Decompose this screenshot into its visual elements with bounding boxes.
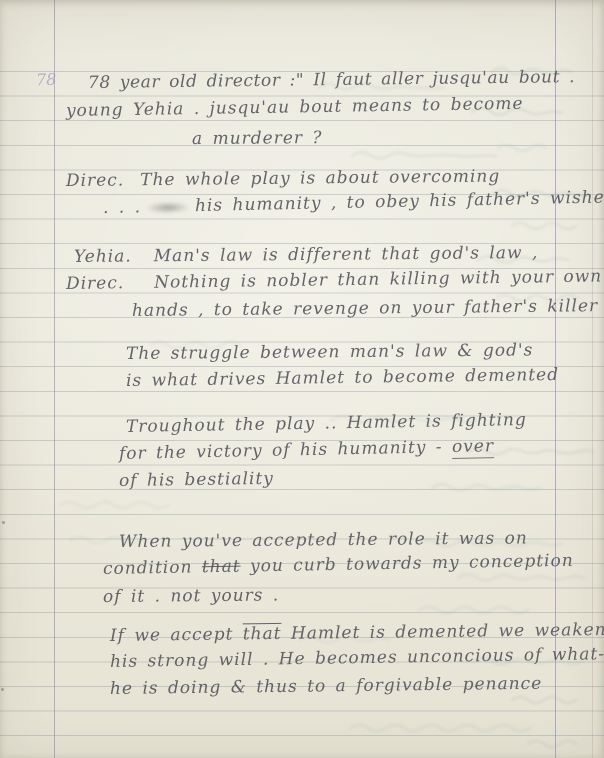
speaker-label: Direc. — [66, 272, 124, 295]
handwritten-line: Direc.The whole play is about overcoming — [66, 165, 500, 192]
paper-speck — [1, 688, 4, 691]
struck-word: that — [202, 557, 241, 578]
line-text: If we accept — [110, 624, 243, 646]
line-text: When you've accepted the role it was on — [119, 528, 528, 552]
erased-smudge — [146, 201, 190, 214]
handwritten-line: of it . not yours . — [103, 584, 279, 608]
handwritten-line: of his bestiality — [119, 468, 274, 492]
handwritten-line: The struggle between man's law & god's — [126, 339, 534, 365]
line-text: The whole play is about overcoming — [140, 166, 500, 190]
underlined-word: over — [452, 436, 494, 459]
line-text: of it . not yours . — [103, 585, 279, 607]
handwritten-line: a murderer ? — [192, 127, 323, 150]
line-text: condition — [103, 557, 202, 579]
line-text: hands , to take revenge on your father's… — [132, 296, 604, 321]
line-text: Man's law is different that god's law , — [154, 243, 539, 266]
speaker-label: Yehia. — [74, 245, 132, 268]
line-text: of his bestiality — [119, 469, 274, 491]
line-text: Hamlet is demented we weaken — [281, 620, 604, 644]
line-text: The struggle between man's law & god's — [126, 340, 533, 364]
ellipsis-marks: . . . — [103, 197, 141, 218]
page-number: 78 — [36, 70, 57, 90]
line-text: a murderer ? — [192, 128, 323, 149]
speaker-label: Direc. — [66, 169, 124, 192]
margin-line-left — [54, 0, 55, 758]
handwritten-line: When you've accepted the role it was on — [119, 527, 528, 553]
line-text: he is doing & thus to a forgivable penan… — [110, 674, 542, 699]
struck-word: that — [243, 624, 282, 644]
scanned-notebook-page: 78 78 year old director :" Il faut aller… — [0, 0, 604, 758]
paper-speck — [2, 521, 5, 524]
handwritten-line: Yehia.Man's law is different that god's … — [74, 242, 539, 268]
